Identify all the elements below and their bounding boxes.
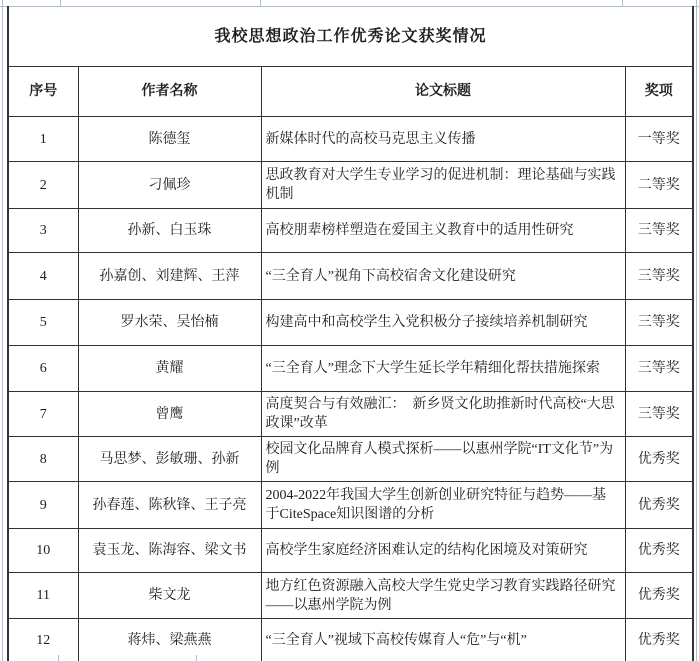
cell-authors: 柴文龙 — [78, 573, 261, 619]
cell-no: 9 — [8, 482, 78, 529]
cell-authors: 孙嘉创、刘建辉、王萍 — [78, 253, 261, 300]
cell-award: 一等奖 — [625, 117, 693, 162]
cell-paper-title: 高校朋辈榜样塑造在爱国主义教育中的适用性研究 — [261, 209, 625, 253]
cell-no: 10 — [8, 529, 78, 573]
cell-authors: 陈德玺 — [78, 117, 261, 162]
cell-no: 6 — [8, 346, 78, 392]
cell-no-text: 6 — [40, 361, 47, 376]
cell-authors: 蒋炜、梁燕燕 — [78, 619, 261, 661]
cell-paper-title: 校园文化品牌育人模式探析——以惠州学院“IT文化节”为例 — [261, 437, 625, 482]
cell-paper-title: “三全育人”视角下高校宿舍文化建设研究 — [261, 253, 625, 300]
spreadsheet-gridline-right — [696, 0, 697, 661]
table-row: 4 孙嘉创、刘建辉、王萍 “三全育人”视角下高校宿舍文化建设研究 三等奖 — [8, 253, 693, 300]
cell-paper-title: 新媒体时代的高校马克思主义传播 — [261, 117, 625, 162]
table-row: 10 袁玉龙、陈海容、梁文书 高校学生家庭经济困难认定的结构化困境及对策研究 优… — [8, 529, 693, 573]
table-row: 8 马思梦、彭敏珊、孙新 校园文化品牌育人模式探析——以惠州学院“IT文化节”为… — [8, 437, 693, 482]
table-row: 3 孙新、白玉珠 高校朋辈榜样塑造在爱国主义教育中的适用性研究 三等奖 — [8, 209, 693, 253]
cell-award: 优秀奖 — [625, 437, 693, 482]
cell-no: 11 — [8, 573, 78, 619]
cell-award: 优秀奖 — [625, 482, 693, 529]
cell-paper-title: 高校学生家庭经济困难认定的结构化困境及对策研究 — [261, 529, 625, 573]
cell-paper-title: 高度契合与有效融汇： 新乡贤文化助推新时代高校“大思政课”改革 — [261, 392, 625, 437]
table-row: 6 黄耀 “三全育人”理念下大学生延长学年精细化帮扶措施探索 三等奖 — [8, 346, 693, 392]
page-title: 我校思想政治工作优秀论文获奖情况 — [8, 7, 693, 67]
table-row: 7 曾鹰 高度契合与有效融汇： 新乡贤文化助推新时代高校“大思政课”改革 三等奖 — [8, 392, 693, 437]
cell-authors: 刁佩珍 — [78, 162, 261, 209]
cell-paper-title: 地方红色资源融入高校大学生党史学习教育实践路径研究——以惠州学院为例 — [261, 573, 625, 619]
table-header-row: 序号 作者名称 论文标题 奖项 — [8, 67, 693, 117]
spreadsheet-gridline-left — [2, 0, 3, 661]
cell-paper-title: 2004-2022年我国大学生创新创业研究特征与趋势——基于CiteSpace知… — [261, 482, 625, 529]
cell-paper-title: 构建高中和高校学生入党积极分子接续培养机制研究 — [261, 300, 625, 346]
cell-no: 3 — [8, 209, 78, 253]
cell-award: 优秀奖 — [625, 619, 693, 661]
table-row: 1 陈德玺 新媒体时代的高校马克思主义传播 一等奖 — [8, 117, 693, 162]
cell-paper-title: “三全育人”理念下大学生延长学年精细化帮扶措施探索 — [261, 346, 625, 392]
cell-authors: 袁玉龙、陈海容、梁文书 — [78, 529, 261, 573]
cell-paper-title: “三全育人”视域下高校传媒育人“危”与“机” — [261, 619, 625, 661]
cell-authors: 曾鹰 — [78, 392, 261, 437]
column-header-paper: 论文标题 — [261, 67, 625, 117]
table-row: 9 孙春莲、陈秋锋、王子亮 2004-2022年我国大学生创新创业研究特征与趋势… — [8, 482, 693, 529]
table-title-row: 我校思想政治工作优秀论文获奖情况 — [8, 7, 693, 67]
column-header-no: 序号 — [8, 67, 78, 117]
cell-no: 8 — [8, 437, 78, 482]
cell-award: 三等奖 — [625, 253, 693, 300]
cell-authors: 孙春莲、陈秋锋、王子亮 — [78, 482, 261, 529]
cell-award: 二等奖 — [625, 162, 693, 209]
cell-no: 12 — [8, 619, 78, 661]
cell-paper-title: 思政教育对大学生专业学习的促进机制：理论基础与实践机制 — [261, 162, 625, 209]
cell-award: 三等奖 — [625, 392, 693, 437]
cell-award: 优秀奖 — [625, 573, 693, 619]
cell-no: 1 — [8, 117, 78, 162]
cell-award: 三等奖 — [625, 300, 693, 346]
table-row: 2 刁佩珍 思政教育对大学生专业学习的促进机制：理论基础与实践机制 二等奖 — [8, 162, 693, 209]
cell-award: 优秀奖 — [625, 529, 693, 573]
table-row: 5 罗水荣、吴怡楠 构建高中和高校学生入党积极分子接续培养机制研究 三等奖 — [8, 300, 693, 346]
cell-no: 2 — [8, 162, 78, 209]
cell-no: 7 — [8, 392, 78, 437]
column-header-award: 奖项 — [625, 67, 693, 117]
cell-no: 4 — [8, 253, 78, 300]
table-row: 11 柴文龙 地方红色资源融入高校大学生党史学习教育实践路径研究——以惠州学院为… — [8, 573, 693, 619]
column-header-authors: 作者名称 — [78, 67, 261, 117]
cell-authors: 黄耀 — [78, 346, 261, 392]
cell-no: 5 — [8, 300, 78, 346]
cell-authors: 罗水荣、吴怡楠 — [78, 300, 261, 346]
cell-authors: 孙新、白玉珠 — [78, 209, 261, 253]
table-row: 12 蒋炜、梁燕燕 “三全育人”视域下高校传媒育人“危”与“机” 优秀奖 — [8, 619, 693, 661]
cell-authors: 马思梦、彭敏珊、孙新 — [78, 437, 261, 482]
cell-award: 三等奖 — [625, 209, 693, 253]
cell-award: 三等奖 — [625, 346, 693, 392]
awards-table: 我校思想政治工作优秀论文获奖情况 序号 作者名称 论文标题 奖项 1 陈德玺 新… — [7, 6, 694, 661]
